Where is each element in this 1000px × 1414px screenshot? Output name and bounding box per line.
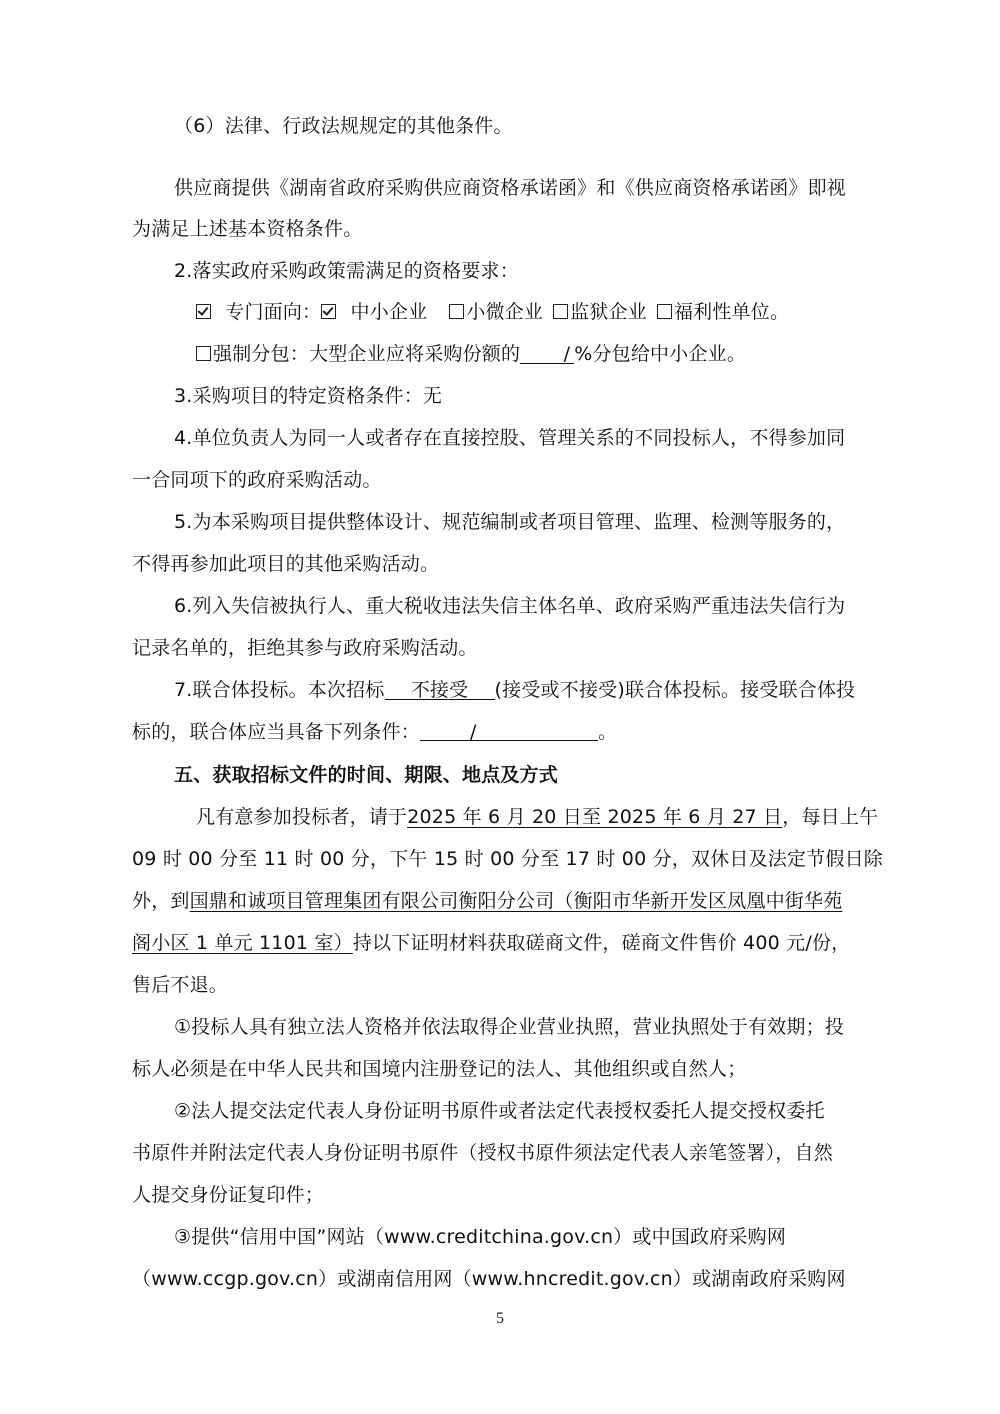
paragraph-line: ②法人提交法定代表人身份证明书原件或者法定代表授权委托人提交授权委托 [174, 1098, 924, 1124]
checkbox-welfare-icon [657, 304, 672, 319]
paragraph-line: 书原件并附法定代表人身份证明书原件（授权书原件须法定代表人亲笔签署），自然 [132, 1140, 882, 1166]
dedicated-to-label: 专门面向： [225, 301, 321, 323]
option-prison-label: 监狱企业 [570, 301, 647, 323]
paragraph-line: 5.为本采购项目提供整体设计、规范编制或者项目管理、监理、检测等服务的， [174, 509, 924, 535]
checkbox-sme-icon [321, 304, 336, 319]
checkbox-prison-icon [553, 304, 568, 319]
subcontract-label: 强制分包：大型企业应将采购份额的 [213, 343, 520, 365]
mandatory-subcontract-line: 强制分包：大型企业应将采购份额的/%分包给中小企业。 [196, 341, 946, 367]
option-sme-label: 中小企业 [351, 301, 428, 323]
option-welfare-label: 福利性单位。 [674, 301, 789, 323]
paragraph-line: 阁小区 1 单元 1101 室）持以下证明材料获取磋商文件，磋商文件售价 400… [132, 930, 882, 956]
checkbox-micro-icon [449, 304, 464, 319]
paragraph-line: 供应商提供《湖南省政府采购供应商资格承诺函》和《供应商资格承诺函》即视 [174, 175, 924, 201]
paragraph-line: 为满足上述基本资格条件。 [132, 216, 882, 242]
page-number: 5 [0, 1310, 1000, 1328]
checkbox-checked-icon [196, 304, 211, 319]
consortium-conditions-prefix: 标的，联合体应当具备下列条件： [132, 721, 420, 743]
address-text: 国鼎和诚项目管理集团有限公司衡阳分公司（衡阳市华新开发区凤凰中街华苑 [190, 890, 843, 912]
policy-requirements-heading: 2.落实政府采购政策需满足的资格要求： [174, 258, 924, 284]
text-span: 持以下证明材料获取磋商文件，磋商文件售价 400 元/份， [353, 932, 851, 954]
paragraph-line: ①投标人具有独立法人资格并依法取得企业营业执照，营业执照处于有效期；投 [174, 1014, 924, 1040]
consortium-suffix: (接受或不接受)联合体投标。接受联合体投 [495, 679, 856, 701]
paragraph-line: 4.单位负责人为同一人或者存在直接控股、管理关系的不同投标人，不得参加同 [174, 425, 924, 451]
section-heading: 五、获取招标文件的时间、期限、地点及方式 [174, 762, 924, 788]
paragraph-line: 一合同项下的政府采购活动。 [132, 467, 882, 493]
paragraph-line: （www.ccgp.gov.cn）或湖南信用网（www.hncredit.gov… [132, 1266, 882, 1292]
text-span: 外，到 [132, 890, 190, 912]
consortium-conditions-blank: / [420, 719, 598, 741]
text-span: ，每日上午 [782, 806, 878, 828]
date-range: 2025 年 6 月 20 日至 2025 年 6 月 27 日 [407, 806, 782, 828]
consortium-line: 7.联合体投标。本次招标不接受(接受或不接受)联合体投标。接受联合体投 [174, 677, 924, 703]
paragraph-line: 09 时 00 分至 11 时 00 分，下午 15 时 00 分至 17 时 … [132, 846, 882, 872]
consortium-conditions-suffix: 。 [598, 721, 617, 743]
paragraph-line: （6）法律、行政法规规定的其他条件。 [174, 113, 924, 139]
paragraph-line: 3.采购项目的特定资格条件：无 [174, 383, 924, 409]
paragraph-line: 6.列入失信被执行人、重大税收违法失信主体名单、政府采购严重违法失信行为 [174, 593, 924, 619]
paragraph-line: 售后不退。 [132, 972, 882, 998]
consortium-conditions-line: 标的，联合体应当具备下列条件：/。 [132, 719, 882, 745]
paragraph-line: 人提交身份证复印件； [132, 1182, 882, 1208]
checkbox-subcontract-icon [196, 346, 211, 361]
paragraph-line: 不得再参加此项目的其他采购活动。 [132, 551, 882, 577]
paragraph-line: 外，到国鼎和诚项目管理集团有限公司衡阳分公司（衡阳市华新开发区凤凰中街华苑 [132, 888, 882, 914]
document-page: （6）法律、行政法规规定的其他条件。 供应商提供《湖南省政府采购供应商资格承诺函… [0, 0, 1000, 1414]
paragraph-line: ③提供“信用中国”网站（www.creditchina.gov.cn）或中国政府… [174, 1224, 924, 1250]
paragraph-line: 记录名单的，拒绝其参与政府采购活动。 [132, 635, 882, 661]
subcontract-suffix: %分包给中小企业。 [574, 343, 746, 365]
subcontract-percent-blank: / [520, 341, 574, 364]
option-micro-label: 小微企业 [466, 301, 543, 323]
text-span: 凡有意参加投标者，请于 [196, 806, 407, 828]
paragraph-line: 凡有意参加投标者，请于2025 年 6 月 20 日至 2025 年 6 月 2… [196, 804, 946, 830]
consortium-prefix: 7.联合体投标。本次招标 [174, 679, 385, 701]
address-text: 阁小区 1 单元 1101 室） [132, 932, 353, 954]
consortium-answer-blank: 不接受 [385, 677, 495, 700]
paragraph-line: 标人必须是在中华人民共和国境内注册登记的法人、其他组织或自然人； [132, 1056, 882, 1082]
dedicated-to-line: 专门面向： 中小企业小微企业监狱企业福利性单位。 [196, 299, 946, 325]
